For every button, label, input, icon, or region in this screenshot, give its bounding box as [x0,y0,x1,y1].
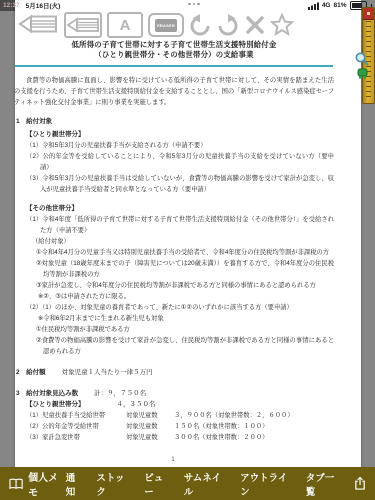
pencil-icon[interactable] [64,12,102,38]
s3-row3-value: ３００名（対象世帯数：２００） [174,432,336,443]
other2-sub-2: ②食費等の物価高騰の影響を受けて家計が急変し、住民税均等割が非課税である方と同様… [36,335,334,357]
title-divider [15,65,333,67]
clock: 12:37 [3,2,20,9]
nav-notifications[interactable]: 通知 [66,470,84,498]
s3-row-3: （3）家計急変世帯 対象児童数 ３００名（対象世帯数：２００） [26,432,336,443]
s3-single-parent-line: 【ひとり親世帯分】 ４，３５０名 [26,399,336,410]
other-sub-3: ③家計が急変し、令和4年度分の住民税均等割が非課税である方と同様の事情にあると認… [36,280,334,291]
personal-memo-label: 個人メモ [28,469,66,499]
doc-title-line2: （ひとり親世帯分・その他世帯分）の支給事業 [12,50,336,60]
doc-title-line1: 低所得の子育て世帯に対する子育て世帯生活支援特別給付金 [12,40,336,50]
other-sub-1: ①令和4年4月分の児童手当又は特別児童扶養手当の受給者で、令和4年度分の住民税均… [36,247,334,258]
bottom-toolbar: 個人メモ 通知 ストック ビュー サムネイル アウトライン タブ一覧 [0,467,375,500]
nav-stock[interactable]: ストック [96,470,131,498]
s3-row1-value: ３，９００名（対象世帯数：２，６００） [174,410,336,421]
s3-row-1: （1）児童扶養手当受給世帯 対象児童数 ３，９００名（対象世帯数：２，６００） [26,410,336,421]
text-tool-icon[interactable]: A [107,12,143,38]
status-date: 5月16日(火) [26,1,61,10]
notebook-icon [9,478,23,490]
eraser-label: ERASER [155,19,177,32]
other2-sub-1: ①住民税均等割が非課税である方 [36,324,334,335]
redo-icon[interactable] [215,12,241,38]
s3-row-2: （2）公的年金等受給世帯 対象児童数 １５０名（対象世帯数：１００） [26,421,336,432]
star-icon[interactable] [269,12,295,38]
section1-heading: 1 給付対象 [16,116,336,127]
intro-paragraph: 食費等の物価高騰に直面し、影響を特に受けている低所得の子育て世帯に対して、その実… [14,75,334,108]
s3-single-parent-total: ４，３５０名 [117,399,156,410]
s3-row1-label: （1）児童扶養手当受給世帯 [26,410,126,421]
sp-item-1: （1）令和5年3月分の児童扶養手当が支給される方（申請不要） [26,140,334,151]
eraser-icon[interactable]: ERASER [148,13,184,37]
s3-row2-col: 対象児童数 [126,421,174,432]
sp-item-3: （3）令和5年3月分の児童扶養手当は受給していないが、食費等の物価高騰の影響を受… [26,173,334,195]
personal-memo-button[interactable]: 個人メモ [9,469,66,499]
annotation-toolbar: A ERASER [15,10,361,40]
s3-row2-value: １５０名（対象世帯数：１００） [174,421,336,432]
page-number: 1 [0,457,346,463]
stamp-icon[interactable] [357,66,368,84]
other-note-1: ※②、③は申請された方に限る。 [38,291,336,302]
section2-line: 2 給付額 対象児童１人当たり一律５万円 [16,367,336,378]
s3-row1-col: 対象児童数 [126,410,174,421]
nav-outline[interactable]: アウトライン [240,470,293,498]
kyufu-target-label: （給付対象） [32,236,336,247]
sp-item-2: （2）公的年金等を受給していることにより、令和5年3月分の児童扶養手当の支給を受… [26,151,334,173]
s3-single-parent-heading: 【ひとり親世帯分】 [26,399,85,410]
signal-icon [308,2,319,10]
section3-total: 計：９，７５０名 [94,388,146,399]
text-tool-label: A [120,18,131,33]
other-note-2: ※令和6年2月末までに生まれる新生児も対象 [38,313,336,324]
other-item-2: （2）（1）のほか、対象児童の養育者であって、新たに①②のいずれかに該当する方（… [26,302,334,313]
s3-row3-col: 対象児童数 [126,432,174,443]
section3-line: 3 給付対象見込み数 計：９，７５０名 [16,388,336,399]
nav-thumbnails[interactable]: サムネイル [184,470,227,498]
section2-heading: 2 給付額 [16,367,46,378]
highlighter-pencil-icon[interactable] [18,12,58,36]
nav-tab-list[interactable]: タブ一覧 [306,470,341,498]
ruler-red-cap [363,8,374,20]
undo-icon[interactable] [187,12,213,38]
section3-heading: 3 給付対象見込み数 [16,388,78,399]
section2-value: 対象児童１人当たり一律５万円 [62,367,153,378]
close-icon[interactable] [243,12,267,38]
status-bar: 12:37 5月16日(火) 4G 81% [0,0,375,11]
s3-row2-label: （2）公的年金等受給世帯 [26,421,126,432]
app-screen: 12:37 5月16日(火) 4G 81% [0,0,375,500]
network-type: 4G [322,2,331,9]
battery-percent: 81% [333,2,346,9]
other-household-heading: 【その他世帯分】 [26,203,336,214]
other-item-1: （1）令和4年度「低所得の子育て世帯に対する子育て世帯生活支援特別給付金（その他… [26,214,334,236]
single-parent-heading: 【ひとり親世帯分】 [26,129,336,140]
document-content: 低所得の子育て世帯に対する子育て世帯生活支援特別給付金 （ひとり親世帯分・その他… [0,40,346,443]
other-sub-2: ②対象児童（18歳年度末までの子（障害児については20歳未満））を養育する方で、… [36,258,334,280]
share-icon[interactable] [354,476,366,491]
s3-row3-label: （3）家計急変世帯 [26,432,126,443]
nav-view[interactable]: ビュー [144,470,170,498]
